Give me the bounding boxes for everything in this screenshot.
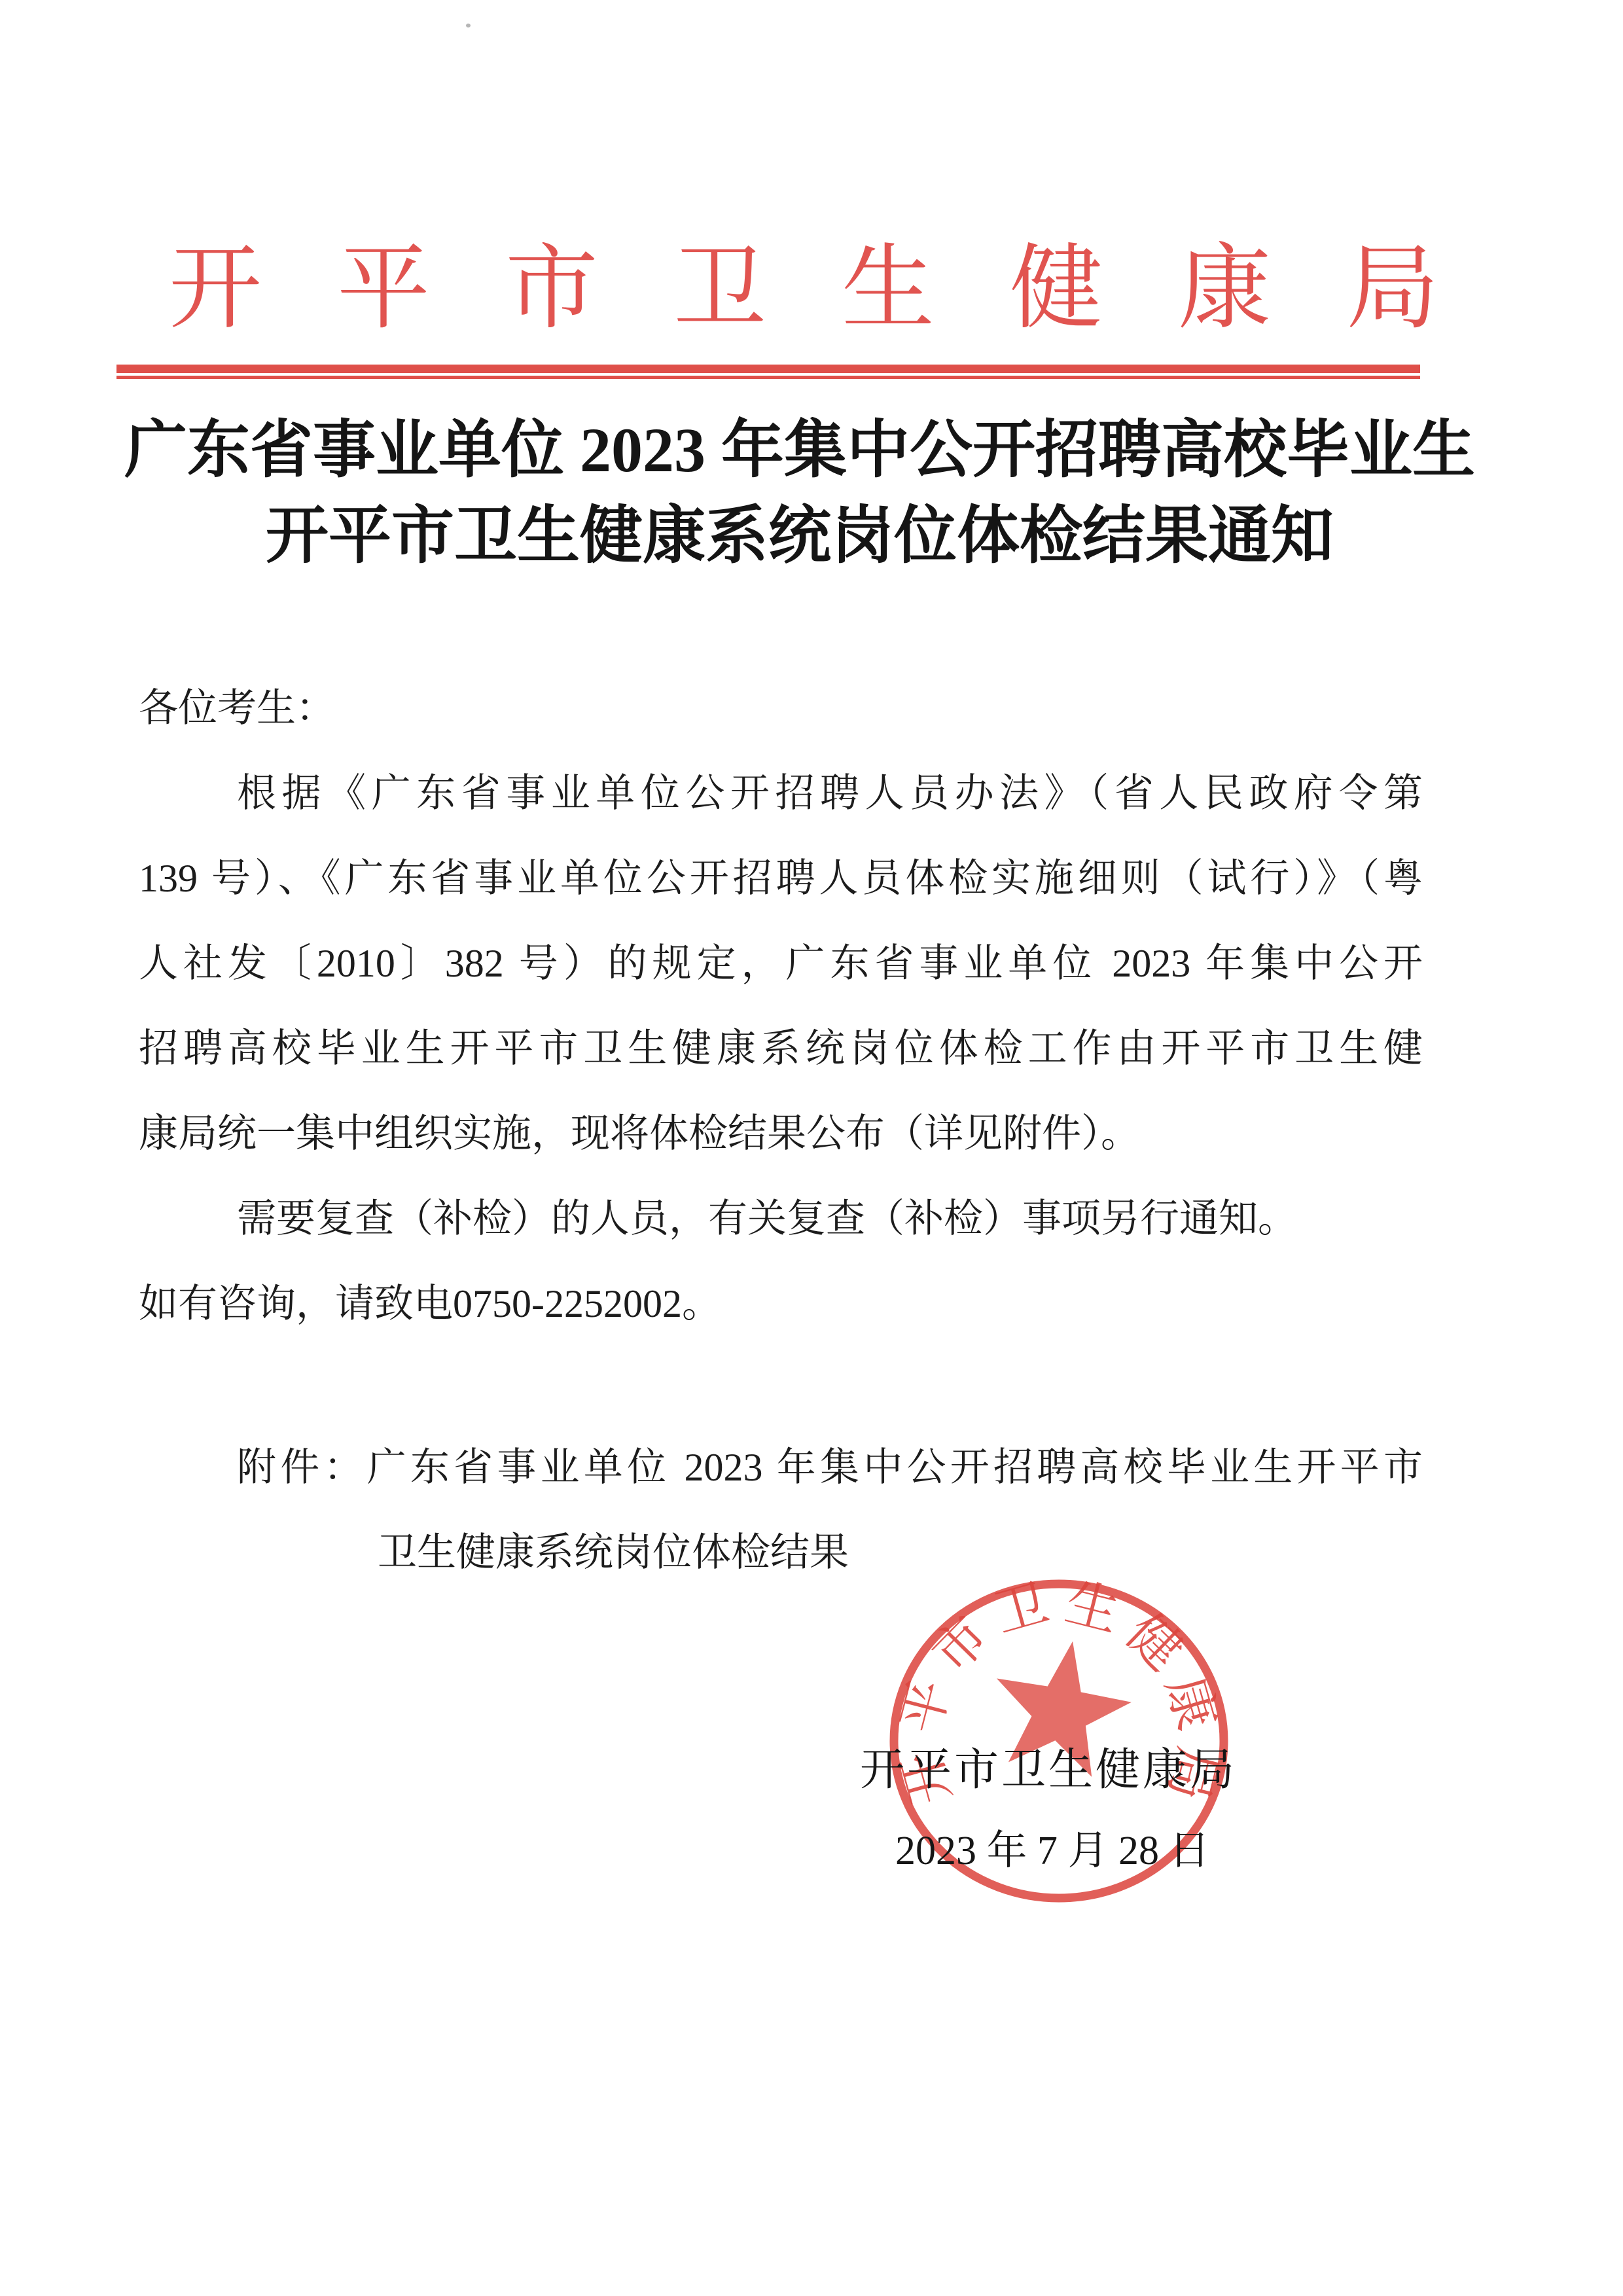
body-line: 招聘高校毕业生开平市卫生健康系统岗位体检工作由开平市卫生健 [139,1018,1423,1079]
body-line: 康局统一集中组织实施，现将体检结果公布（详见附件）。 [139,1103,1423,1164]
signature-date: 2023 年 7 月 28 日 [895,1826,1210,1876]
official-notice-page: 开平市卫生健康局 广东省事业单位 2023 年集中公开招聘高校毕业生 开平市卫生… [0,0,1623,2296]
letterhead-rule-thin [116,376,1420,379]
body-line: 139 号）、《广东省事业单位公开招聘人员体检实施细则（试行）》（粤 [139,848,1423,908]
body-line: 人社发〔2010〕382 号）的规定，广东省事业单位 2023 年集中公开 [139,933,1423,994]
attachment-line1: 附件：广东省事业单位 2023 年集中公开招聘高校毕业生开平市 [139,1437,1423,1498]
signature-org: 开平市卫生健康局 [860,1744,1237,1796]
document-title-line2: 开平市卫生健康系统岗位体检结果通知 [0,493,1611,579]
body-line: 需要复查（补检）的人员，有关复查（补检）事项另行通知。 [139,1189,1423,1249]
document-title-line1: 广东省事业单位 2023 年集中公开招聘高校毕业生 [0,407,1611,493]
scan-speck [466,24,471,27]
body-line: 根据《广东省事业单位公开招聘人员办法》（省人民政府令第 [139,763,1423,823]
body-line: 如有咨询，请致电0750-2252002。 [139,1274,1423,1334]
letterhead-rule-thick [116,365,1420,373]
letterhead-agency-name: 开平市卫生健康局 [0,240,1623,338]
document-title: 广东省事业单位 2023 年集中公开招聘高校毕业生 开平市卫生健康系统岗位体检结… [0,407,1611,579]
salutation: 各位考生： [139,678,1423,738]
